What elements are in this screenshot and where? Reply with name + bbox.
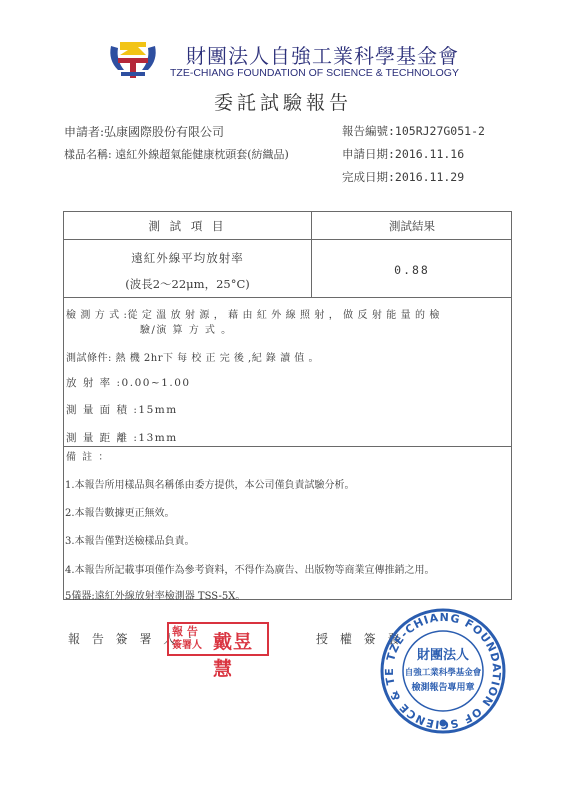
remark-item: 4.本報告所記載事項僅作為參考資料，不得作為廣告、出版物等商業宣傳推銷之用。: [65, 561, 435, 576]
header-test-result: 測試結果: [312, 218, 512, 234]
remark-item: 1.本報告所用樣品與名稱係由委方提供，本公司僅負責試驗分析。: [65, 476, 355, 491]
remarks-label: 備 註 ：: [66, 448, 110, 463]
foundation-logo-icon: [108, 38, 158, 80]
test-result-value: 0.88: [312, 263, 512, 277]
svg-text:自強工業科學基金會: 自強工業科學基金會: [405, 667, 482, 678]
table-divider: [64, 297, 511, 298]
test-condition: 測試條件: 熱 機 2hr下 每 校 正 完 後 ,紀 錄 讀 值 。: [66, 349, 319, 364]
apply-date: 申請日期:2016.11.16: [342, 146, 464, 162]
document-title: 委託試驗報告: [0, 88, 566, 115]
test-item-name: 遠紅外線平均放射率: [64, 250, 311, 266]
svg-text:檢測報告專用章: 檢測報告專用章: [411, 681, 474, 693]
table-divider: [64, 446, 511, 447]
svg-text:財團法人: 財團法人: [417, 647, 469, 663]
org-name-en: TZE-CHIANG FOUNDATION OF SCIENCE & TECHN…: [170, 67, 459, 79]
remark-item: 2.本報告數據更正無效。: [65, 504, 175, 519]
remark-item: 5儀器:遠紅外線放射率檢測器 TSS-5X。: [65, 587, 245, 602]
header-test-item: 測 試 項 目: [64, 218, 311, 234]
stamp-name: 戴昱慧: [213, 627, 267, 681]
signer-stamp: 報 告 簽署人 戴昱慧: [167, 622, 269, 656]
org-name-zh: 財團法人自強工業科學基金會: [186, 40, 459, 69]
emissivity-range: 放 射 率 :0.00~1.00: [66, 375, 191, 390]
measurement-area: 測 量 面 積 :15mm: [66, 402, 178, 417]
applicant: 申請者:弘康國際股份有限公司: [64, 123, 224, 140]
measurement-distance: 測 量 距 離 :13mm: [66, 430, 178, 445]
remark-item: 3.本報告僅對送檢樣品負責。: [65, 532, 195, 547]
test-method: 檢 測 方 式 :從 定 溫 放 射 源 ， 藉 由 紅 外 線 照 射 ， 做…: [66, 306, 440, 321]
test-method-cont: 驗/演 算 方 式 。: [140, 321, 233, 336]
stamp-line1: 報 告: [172, 625, 198, 639]
report-number: 報告編號:105RJ27G051-2: [342, 123, 485, 139]
foundation-seal-icon: TZE-CHIANG FOUNDATION OF SCIENCE & TECHN…: [378, 606, 508, 736]
stamp-line2: 簽署人: [172, 639, 202, 653]
test-item-condition: (波長2～22μm，25°C): [64, 276, 311, 292]
complete-date: 完成日期:2016.11.29: [342, 169, 464, 185]
sample-name: 樣品名稱: 遠紅外線超氣能健康枕頭套(紡織品): [64, 146, 289, 162]
test-result-table: 測 試 項 目 測試結果 遠紅外線平均放射率 (波長2～22μm，25°C) 0…: [63, 211, 512, 600]
table-divider: [64, 239, 511, 240]
